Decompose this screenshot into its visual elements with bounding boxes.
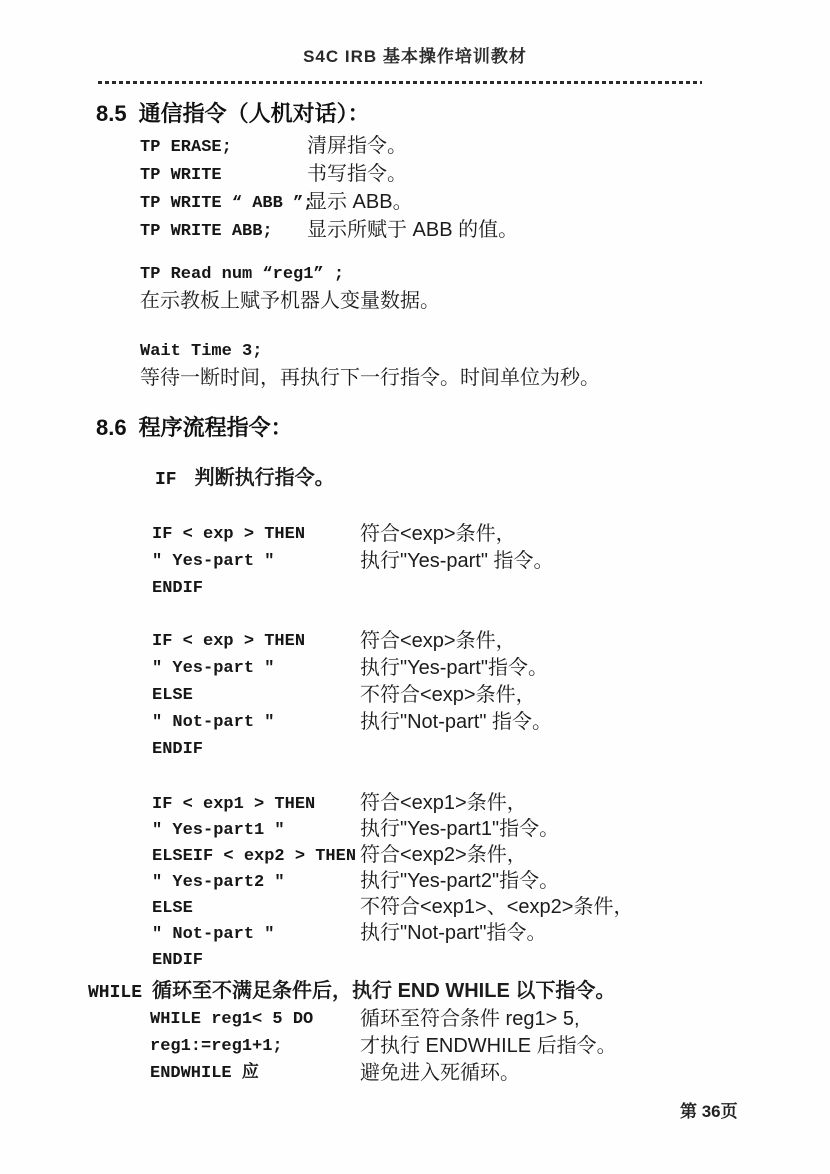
tp-read-desc: 在示教板上赋予机器人变量数据。 <box>140 288 830 315</box>
instruction-row: TP WRITE “ ABB ”; 显示 ABB。 <box>140 189 830 217</box>
if-elseif-block: IF < exp1 > THEN 符合<exp1>条件， " Yes-part1… <box>152 791 830 973</box>
code-row: ENDIF <box>152 947 830 973</box>
code-text: " Not-part " <box>152 713 274 732</box>
code-text: ELSEIF < exp2 > THEN <box>152 847 356 866</box>
instruction-row: TP WRITE 书写指令。 <box>140 161 830 189</box>
instruction-desc: 显示所赋于 ABB 的值。 <box>307 217 518 244</box>
code-row: ENDWHILE 应 避免进入死循环。 <box>150 1060 830 1087</box>
tp-read-block: TP Read num “reg1” ; 在示教板上赋予机器人变量数据。 <box>140 261 830 315</box>
instruction-code: TP ERASE; <box>140 138 232 157</box>
code-text: IF < exp > THEN <box>152 632 305 651</box>
code-desc: 执行"Yes-part"指令。 <box>360 655 548 681</box>
document-page: S4C IRB 基本操作培训教材 8.5通信指令（人机对话）： TP ERASE… <box>0 0 830 1174</box>
code-desc: 符合<exp2>条件， <box>360 843 527 868</box>
code-row: " Yes-part " 执行"Yes-part" 指令。 <box>152 548 830 575</box>
code-desc: 符合<exp1>条件， <box>360 791 527 816</box>
code-row: IF < exp > THEN 符合<exp>条件， <box>152 628 830 655</box>
instruction-code: TP WRITE “ ABB ”; <box>140 194 313 213</box>
code-text: " Yes-part " <box>152 659 274 678</box>
while-intro-text: 循环至不满足条件后，执行 END WHILE 以下指令。 <box>152 980 615 1002</box>
code-desc: 才执行 ENDWHILE 后指令。 <box>360 1033 617 1059</box>
code-text: " Not-part " <box>152 925 274 944</box>
code-desc: 不符合<exp>条件， <box>360 682 536 708</box>
code-desc: 不符合<exp1>、<exp2>条件， <box>360 895 633 920</box>
code-row: " Not-part " 执行"Not-part"指令。 <box>152 921 830 947</box>
wait-time-desc: 等待一断时间，再执行下一行指令。时间单位为秒。 <box>140 365 830 392</box>
if-intro-text: 判断执行指令。 <box>195 467 335 489</box>
tp-instruction-table: TP ERASE; 清屏指令。 TP WRITE 书写指令。 TP WRITE … <box>140 133 830 245</box>
instruction-code: TP WRITE <box>140 166 222 185</box>
header-title: S4C IRB 基本操作培训教材 <box>0 46 830 68</box>
if-block-simple: IF < exp > THEN 符合<exp>条件， " Yes-part " … <box>152 521 830 602</box>
code-row: " Not-part " 执行"Not-part" 指令。 <box>152 709 830 736</box>
code-row: ELSEIF < exp2 > THEN 符合<exp2>条件， <box>152 843 830 869</box>
while-block: WHILE reg1< 5 DO 循环至符合条件 reg1> 5, reg1:=… <box>150 1006 830 1087</box>
instruction-desc: 显示 ABB。 <box>307 189 413 216</box>
instruction-code: TP WRITE ABB; <box>140 222 273 241</box>
instruction-desc: 书写指令。 <box>307 161 407 188</box>
code-text: WHILE reg1< 5 DO <box>150 1010 313 1029</box>
code-row: ENDIF <box>152 575 830 602</box>
section-number: 8.5 <box>96 101 127 126</box>
code-text: " Yes-part2 " <box>152 873 285 892</box>
code-text: reg1:=reg1+1; <box>150 1037 283 1056</box>
code-row: reg1:=reg1+1; 才执行 ENDWHILE 后指令。 <box>150 1033 830 1060</box>
code-text: IF < exp > THEN <box>152 525 305 544</box>
header-divider <box>98 81 702 84</box>
code-row: IF < exp1 > THEN 符合<exp1>条件， <box>152 791 830 817</box>
code-row: ENDIF <box>152 736 830 763</box>
code-text: ENDIF <box>152 740 203 759</box>
code-desc: 符合<exp>条件， <box>360 521 516 547</box>
code-text: " Yes-part1 " <box>152 821 285 840</box>
code-row: WHILE reg1< 5 DO 循环至符合条件 reg1> 5, <box>150 1006 830 1033</box>
code-text: ENDIF <box>152 951 203 970</box>
code-desc: 避免进入死循环。 <box>360 1060 520 1086</box>
wait-time-code: Wait Time 3; <box>140 338 830 365</box>
page-number: 第 36页 <box>680 1097 738 1122</box>
section-number: 8.6 <box>96 415 127 440</box>
code-row: ELSE 不符合<exp1>、<exp2>条件， <box>152 895 830 921</box>
instruction-desc: 清屏指令。 <box>307 133 407 160</box>
code-row: " Yes-part1 " 执行"Yes-part1"指令。 <box>152 817 830 843</box>
section-title: 程序流程指令： <box>139 415 293 440</box>
code-desc: 执行"Not-part" 指令。 <box>360 709 552 735</box>
wait-time-block: Wait Time 3; 等待一断时间，再执行下一行指令。时间单位为秒。 <box>140 338 830 392</box>
section-8-6-heading: 8.6程序流程指令： <box>96 415 830 441</box>
code-desc: 符合<exp>条件， <box>360 628 516 654</box>
if-intro-line: IF判断执行指令。 <box>155 465 830 493</box>
code-desc: 执行"Not-part"指令。 <box>360 921 546 946</box>
if-keyword: IF <box>155 470 177 490</box>
instruction-row: TP ERASE; 清屏指令。 <box>140 133 830 161</box>
code-text: ELSE <box>152 686 193 705</box>
while-keyword: WHILE <box>88 983 142 1003</box>
code-desc: 执行"Yes-part1"指令。 <box>360 817 559 842</box>
section-8-5-heading: 8.5通信指令（人机对话）： <box>96 101 830 127</box>
if-else-block: IF < exp > THEN 符合<exp>条件， " Yes-part " … <box>152 628 830 763</box>
code-row: IF < exp > THEN 符合<exp>条件， <box>152 521 830 548</box>
while-intro-line: WHILE循环至不满足条件后，执行 END WHILE 以下指令。 <box>88 978 830 1006</box>
code-desc: 执行"Yes-part2"指令。 <box>360 869 559 894</box>
code-text: ENDIF <box>152 579 203 598</box>
tp-read-code: TP Read num “reg1” ; <box>140 261 830 288</box>
section-title: 通信指令（人机对话）： <box>139 101 370 126</box>
instruction-row: TP WRITE ABB; 显示所赋于 ABB 的值。 <box>140 217 830 245</box>
code-text: ELSE <box>152 899 193 918</box>
code-text: ENDWHILE 应 <box>150 1064 259 1083</box>
code-row: " Yes-part " 执行"Yes-part"指令。 <box>152 655 830 682</box>
code-text: " Yes-part " <box>152 552 274 571</box>
code-desc: 执行"Yes-part" 指令。 <box>360 548 554 574</box>
code-row: " Yes-part2 " 执行"Yes-part2"指令。 <box>152 869 830 895</box>
code-row: ELSE 不符合<exp>条件， <box>152 682 830 709</box>
code-text: IF < exp1 > THEN <box>152 795 315 814</box>
code-desc: 循环至符合条件 reg1> 5, <box>360 1006 580 1032</box>
